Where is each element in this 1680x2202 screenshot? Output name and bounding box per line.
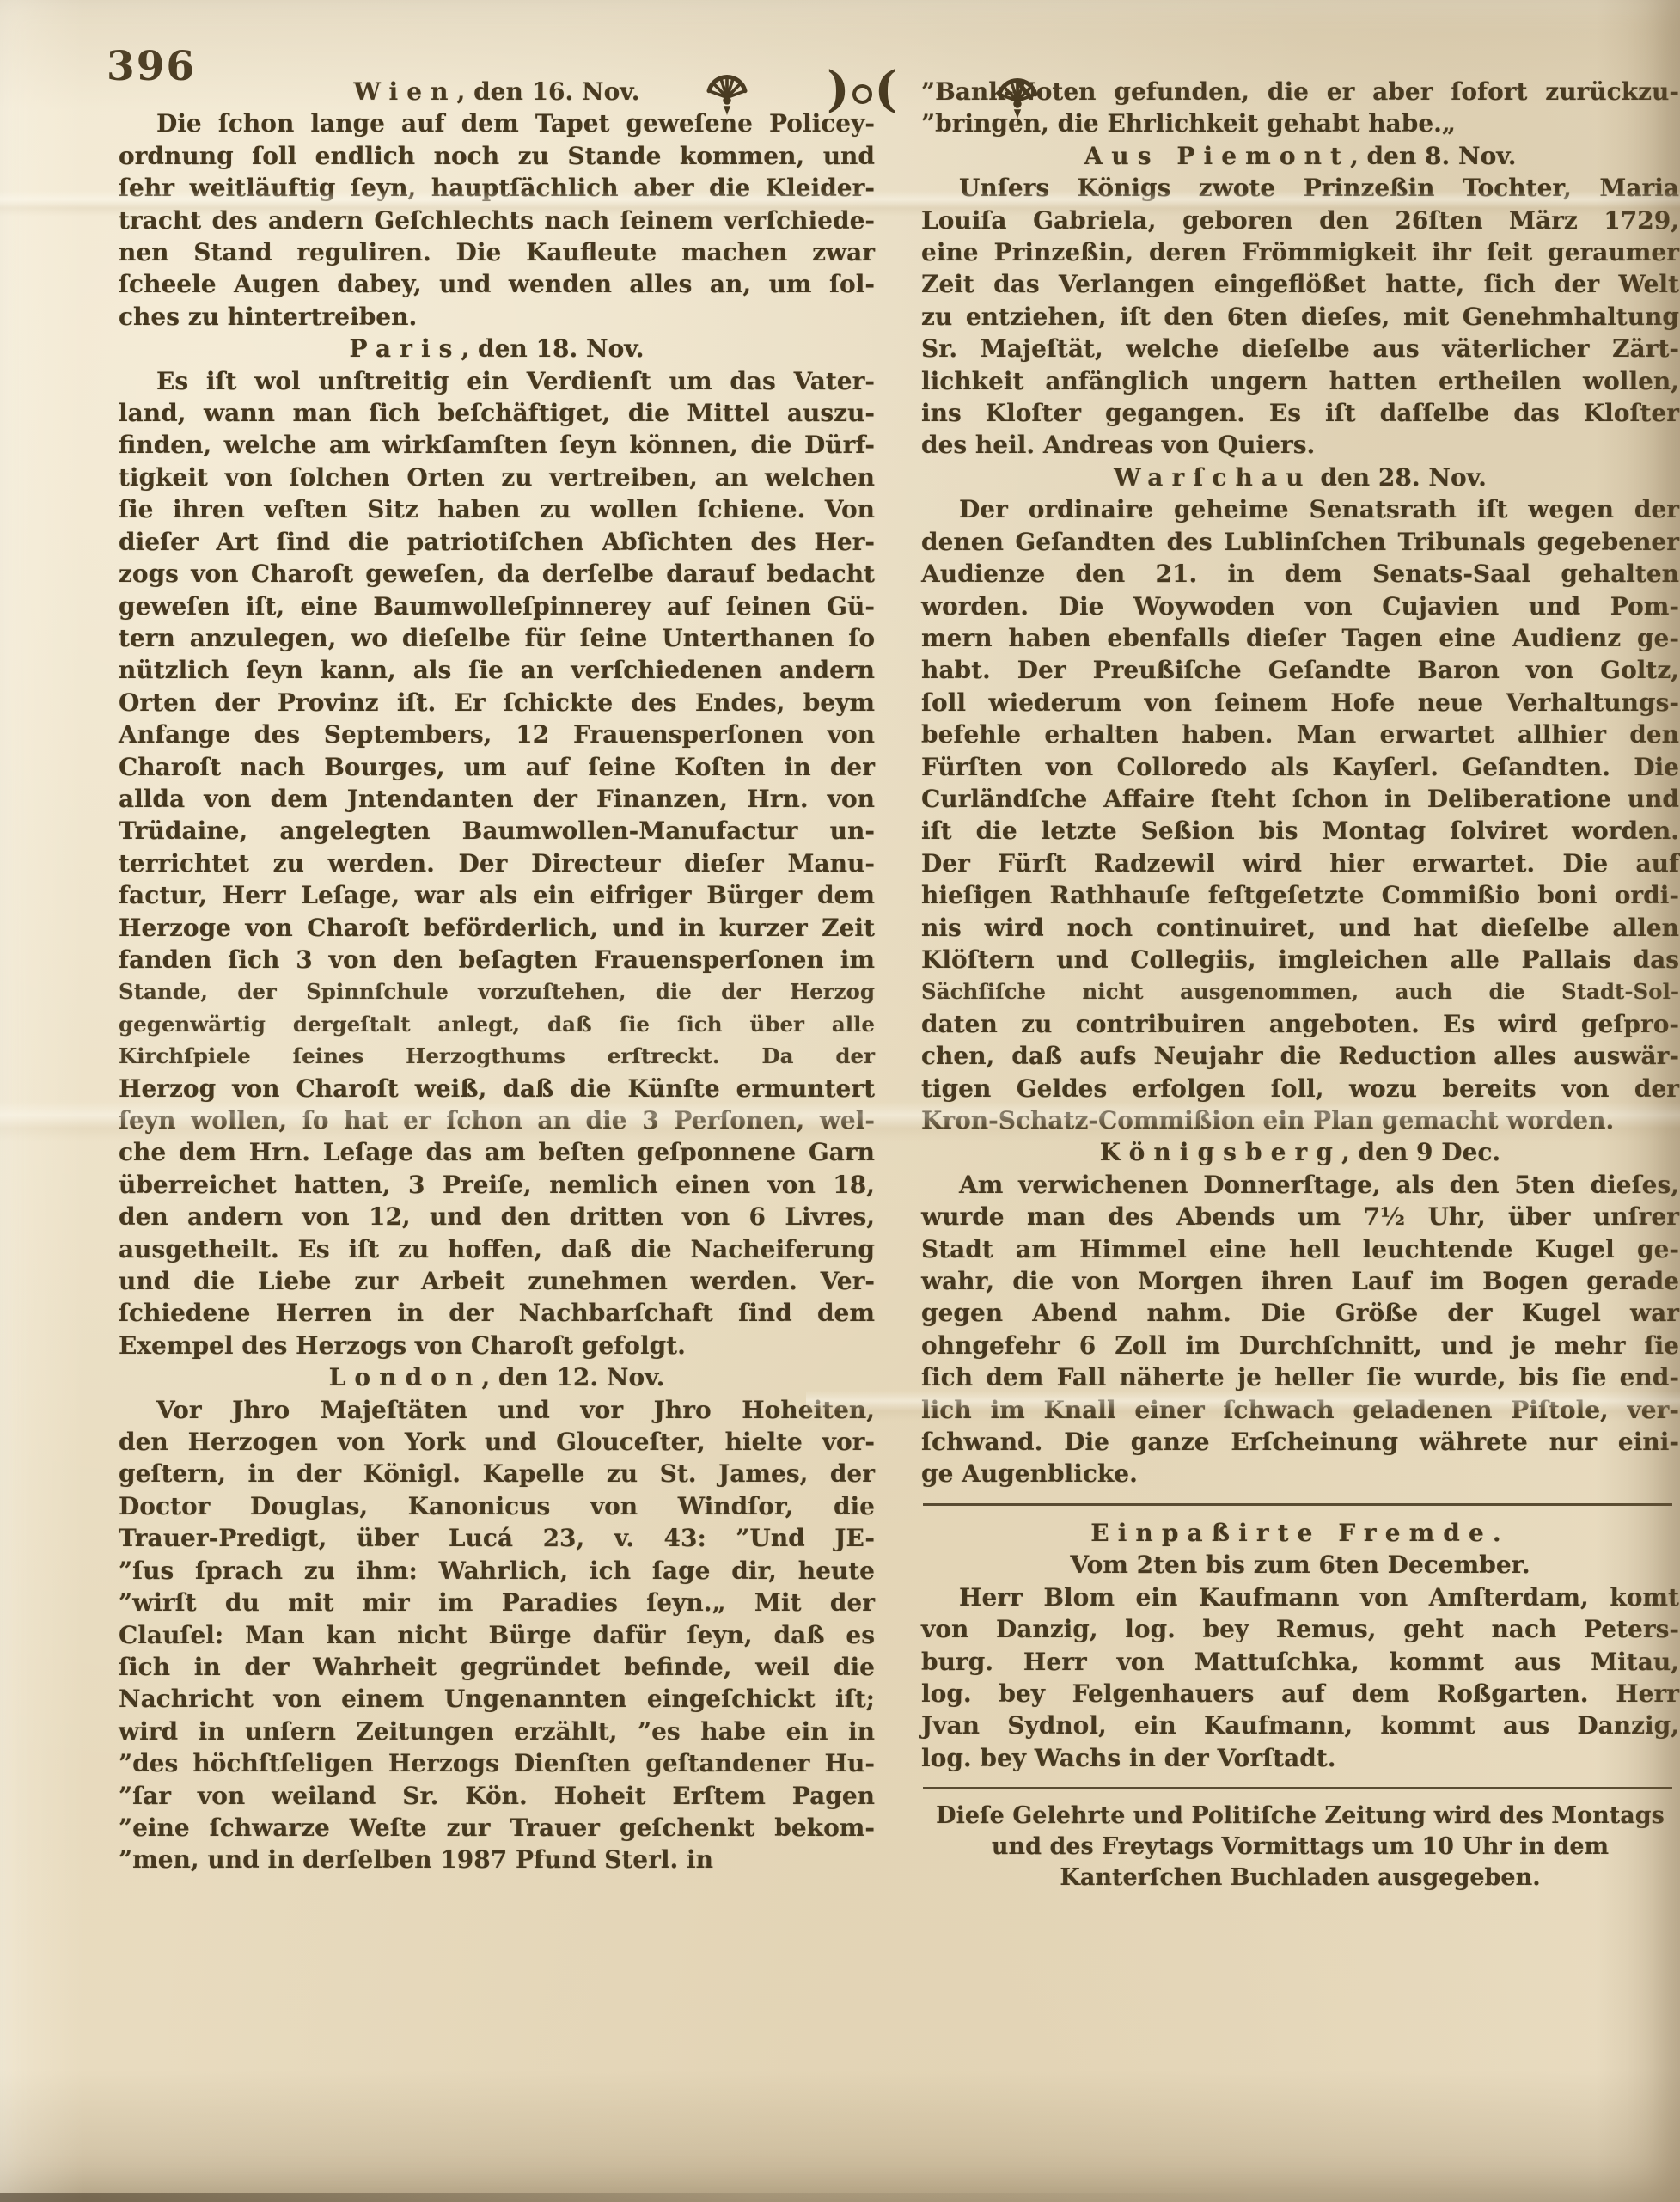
text-line: Der ordinaire geheime Senatsrath iſt weg… (921, 493, 1679, 525)
text-line: ausgetheilt. Es iſt zu hoffen, daß die N… (119, 1233, 875, 1265)
text-line: terrichtet zu werden. Der Directeur dieſ… (119, 847, 875, 879)
text-line: Unſers Königs zwote Prinzeßin Tochter, M… (921, 172, 1679, 204)
section-date: , den 18. Nov. (461, 334, 645, 363)
text-line: gegenwärtig dergeſtalt anlegt, daß ſie ſ… (119, 1008, 875, 1040)
text-line: ”bringen, die Ehrlichkeit gehabt habe.„ (921, 107, 1679, 139)
section-place: Königsberg (1100, 1138, 1341, 1166)
text-line: fanden ſich 3 von den beſagten Frauenspe… (119, 944, 875, 976)
text-line: tigkeit von ſolchen Orten zu vertreiben,… (119, 462, 875, 493)
text-line: geſtern, in der Königl. Kapelle zu St. J… (119, 1458, 875, 1489)
text-line: ”men, und in derſelben 1987 Pfund Sterl.… (119, 1844, 875, 1875)
text-line: burg. Herr von Mattuſchka, kommt aus Mit… (921, 1646, 1679, 1678)
text-line: gegen Abend nahm. Die Größe der Kugel wa… (921, 1297, 1679, 1329)
section-place: Aus Piemont (1084, 142, 1350, 170)
text-line: Audienze den 21. in dem Senats-Saal geha… (921, 558, 1679, 590)
text-line: Sr. Majeſtät, welche dieſelbe aus väterl… (921, 333, 1679, 364)
section-date: , den 9 Dec. (1341, 1138, 1500, 1166)
text-line: Trüdaine, angelegten Baumwollen-Manufact… (119, 815, 875, 847)
section-date: , den 8. Nov. (1350, 142, 1516, 170)
text-line: ſeyn wollen, ſo hat er ſchon an die 3 Pe… (119, 1104, 875, 1136)
text-line: Anfange des Septembers, 12 Frauensperſon… (119, 719, 875, 750)
footer-line: Dieſe Gelehrte und Politiſche Zeitung wi… (921, 1801, 1679, 1832)
text-line: iſt die letzte Seßion bis Montag ſolvire… (921, 815, 1679, 847)
text-line: daten zu contribuiren angeboten. Es wird… (921, 1008, 1679, 1040)
text-line: denen Geſandten des Lublinſchen Tribunal… (921, 526, 1679, 558)
text-line: des heil. Andreas von Quiers. (921, 429, 1679, 461)
text-line: worden. Die Woywoden von Cujavien und Po… (921, 590, 1679, 622)
text-line: land, wann man ſich beſchäftiget, die Mi… (119, 397, 875, 429)
text-line: und die Liebe zur Arbeit zunehmen werden… (119, 1265, 875, 1297)
section-heading: Wien, den 16. Nov. (119, 76, 875, 107)
text-line: Stande, der Spinnſchule vorzuſtehen, die… (119, 976, 875, 1007)
text-line: Charoſt nach Bourges, um auf ſeine Koſte… (119, 751, 875, 783)
text-line: Kron-Schatz-Commißion ein Plan gemacht w… (921, 1104, 1679, 1136)
text-line: Jvan Sydnol, ein Kaufmann, kommt aus Dan… (921, 1710, 1679, 1741)
text-line: factur, Herr Leſage, war als ein eifrige… (119, 879, 875, 911)
text-line: Nachricht von einem Ungenannten eingeſch… (119, 1683, 875, 1715)
text-line: ſehr weitläuftig ſeyn, hauptſächlich abe… (119, 172, 875, 204)
text-line: che dem Hrn. Leſage das am beſten geſpon… (119, 1136, 875, 1168)
text-line: Exempel des Herzogs von Charoſt gefolgt. (119, 1330, 875, 1361)
text-line: Kirchſpiele ſeines Herzogthums erſtreckt… (119, 1040, 875, 1072)
newspaper-page: 396 ) ( (0, 0, 1680, 2202)
text-line: ”Bank-Noten gefunden, die er aber ſofort… (921, 76, 1679, 107)
text-line: von Danzig, log. bey Remus, geht nach Pe… (921, 1613, 1679, 1645)
text-line: ”ſar von weiland Sr. Kön. Hoheit Erſtem … (119, 1780, 875, 1812)
section-date: , den 12. Nov. (481, 1363, 664, 1392)
section-place: Warſchau (1114, 463, 1312, 492)
footer-line: und des Freytags Vormittags um 10 Uhr in… (921, 1832, 1679, 1863)
text-line: lichkeit anfänglich ungern hatten erthei… (921, 365, 1679, 397)
text-line: Der Fürſt Radzewil wird hier erwartet. D… (921, 847, 1679, 879)
section-date: , den 16. Nov. (457, 77, 640, 106)
text-line: ſie ihren veſten Sitz haben zu wollen ſc… (119, 493, 875, 525)
text-line: ſoll wiederum von ſeinem Hofe neue Verha… (921, 687, 1679, 719)
text-line: geweſen iſt, eine Baumwolleſpinnerey auf… (119, 590, 875, 622)
text-line: Clauſel: Man kan nicht Bürge dafür ſeyn,… (119, 1619, 875, 1651)
text-line: Herr Blom ein Kaufmann von Amſterdam, ko… (921, 1581, 1679, 1613)
right-column: ”Bank-Noten gefunden, die er aber ſofort… (921, 76, 1679, 1893)
text-line: Doctor Douglas, Kanonicus von Windſor, d… (119, 1490, 875, 1522)
text-line: Am verwichenen Donnerſtage, als den 5ten… (921, 1169, 1679, 1201)
text-line: tigen Geldes erfolgen ſoll, wozu bereits… (921, 1073, 1679, 1104)
text-line: Trauer-Predigt, über Lucá 23, v. 43: ”Un… (119, 1522, 875, 1554)
text-line: hieſigen Rathhauſe feſtgeſetzte Commißio… (921, 879, 1679, 911)
text-line: den andern von 12, und den dritten von 6… (119, 1201, 875, 1233)
section-place: Paris (350, 334, 461, 363)
text-line: ”des höchſtſeligen Herzogs Dienſten geſt… (119, 1747, 875, 1779)
text-line: log. bey Felgenhauers auf dem Roßgarten.… (921, 1678, 1679, 1710)
text-line: habt. Der Preußiſche Geſandte Baron von … (921, 654, 1679, 686)
text-line: ordnung ſoll endlich noch zu Stande komm… (119, 140, 875, 172)
section-heading: Paris, den 18. Nov. (119, 333, 875, 364)
text-line: mern haben ebenfalls dieſer Tagen eine A… (921, 622, 1679, 654)
text-line: den Herzogen von York und Glouceſter, hi… (119, 1426, 875, 1458)
section-place: Wien (353, 77, 456, 106)
text-line: wurde man des Abends um 7½ Uhr, über unſ… (921, 1201, 1679, 1233)
text-line: wahr, die von Morgen ihren Lauf im Bogen… (921, 1265, 1679, 1297)
text-line: Orten der Provinz iſt. Er ſchickte des E… (119, 687, 875, 719)
text-line: ſich dem Fall näherte je heller ſie wurd… (921, 1361, 1679, 1393)
section-heading: London, den 12. Nov. (119, 1361, 875, 1393)
section-heading: Warſchau den 28. Nov. (921, 462, 1679, 493)
text-line: Vor Jhro Majeſtäten und vor Jhro Hoheite… (119, 1394, 875, 1426)
footer-line: Kanterſchen Buchladen ausgegeben. (921, 1863, 1679, 1893)
text-line: log. bey Wachs in der Vorſtadt. (921, 1742, 1679, 1774)
text-line: ”ſus ſprach zu ihm: Wahrlich, ich ſage d… (119, 1555, 875, 1587)
text-line: ſich in der Wahrheit gegründet befinde, … (119, 1651, 875, 1683)
text-line: finden, welche am wirkſamſten ſeyn könne… (119, 429, 875, 461)
text-line: tracht des andern Geſchlechts nach ſeine… (119, 205, 875, 236)
text-line: Es iſt wol unſtreitig ein Verdienſt um d… (119, 365, 875, 397)
divider-rule (923, 1503, 1672, 1506)
section-date: den 28. Nov. (1312, 463, 1487, 492)
text-line: eine Prinzeßin, deren Frömmigkeit ihr ſe… (921, 236, 1679, 268)
text-line: ſchwand. Die ganze Erſcheinung währete n… (921, 1426, 1679, 1458)
text-line: ſcheele Augen dabey, und wenden alles an… (119, 268, 875, 300)
text-line: nützlich ſeyn kann, als ſie an verſchied… (119, 654, 875, 686)
text-line: Zeit das Verlangen eingeflößet hatte, ſi… (921, 268, 1679, 300)
section-heading: Aus Piemont, den 8. Nov. (921, 140, 1679, 172)
section-mark-right: ( (875, 65, 898, 113)
text-line: befehle erhalten haben. Man erwartet all… (921, 719, 1679, 750)
left-column: Wien, den 16. Nov.Die ſchon lange auf de… (119, 76, 875, 1876)
text-line: Herzoge von Charoſt beförderlich, und in… (119, 912, 875, 944)
text-line: Herzog von Charoſt weiß, daß die Künſte … (119, 1073, 875, 1104)
text-line: nis wird noch continuiret, und hat dieſe… (921, 912, 1679, 944)
text-line: ches zu hintertreiben. (119, 301, 875, 333)
text-line: Klöſtern und Collegiis, imgleichen alle … (921, 944, 1679, 976)
text-line: Louiſa Gabriela, geboren den 26ſten März… (921, 205, 1679, 236)
text-line: Sächſiſche nicht ausgenommen, auch die S… (921, 976, 1679, 1007)
text-line: lich im Knall einer ſchwach geladenen Pi… (921, 1394, 1679, 1426)
text-line: nen Stand reguliren. Die Kaufleute mache… (119, 236, 875, 268)
divider-rule (923, 1787, 1672, 1789)
section-place: Einpaßirte Fremde. (1090, 1519, 1509, 1547)
section-heading: Königsberg, den 9 Dec. (921, 1136, 1679, 1168)
text-line: chen, daß aufs Neujahr die Reduction all… (921, 1040, 1679, 1072)
text-line: ſchiedene Herren in der Nachbarſchaft ſi… (119, 1297, 875, 1329)
text-line: ge Augenblicke. (921, 1458, 1679, 1489)
text-line: ”eine ſchwarze Weſte zur Trauer geſchenk… (119, 1812, 875, 1844)
text-line: tern anzulegen, wo dieſelbe für ſeine Un… (119, 622, 875, 654)
text-line: Stadt am Himmel eine hell leuchtende Kug… (921, 1233, 1679, 1265)
text-line: wird in unſern Zeitungen erzählt, ”es ha… (119, 1716, 875, 1747)
section-heading: Einpaßirte Fremde. (921, 1517, 1679, 1549)
text-line: ins Kloſter gegangen. Es iſt daſſelbe da… (921, 397, 1679, 429)
text-line: zogs von Charoſt geweſen, da derſelbe da… (119, 558, 875, 590)
text-line: Fürſten von Colloredo als Kayſerl. Geſan… (921, 751, 1679, 783)
text-line: allda von dem Jntendanten der Finanzen, … (119, 783, 875, 815)
section-place: London (329, 1363, 482, 1392)
text-line: dieſer Art ſind die patriotiſchen Abſich… (119, 526, 875, 558)
text-line: ”wirſt du mit mir im Paradies ſeyn.„ Mit… (119, 1587, 875, 1618)
text-line: Curländſche Affaire ſteht ſchon in Delib… (921, 783, 1679, 815)
text-line: Die ſchon lange auf dem Tapet geweſene P… (119, 107, 875, 139)
text-line: ohngefehr 6 Zoll im Durchſchnitt, und je… (921, 1330, 1679, 1361)
text-line: zu entziehen, iſt den 6ten dieſes, mit G… (921, 301, 1679, 333)
text-line: überreichet hatten, 3 Preiſe, nemlich ei… (119, 1169, 875, 1201)
text-line: Vom 2ten bis zum 6ten December. (921, 1549, 1679, 1581)
